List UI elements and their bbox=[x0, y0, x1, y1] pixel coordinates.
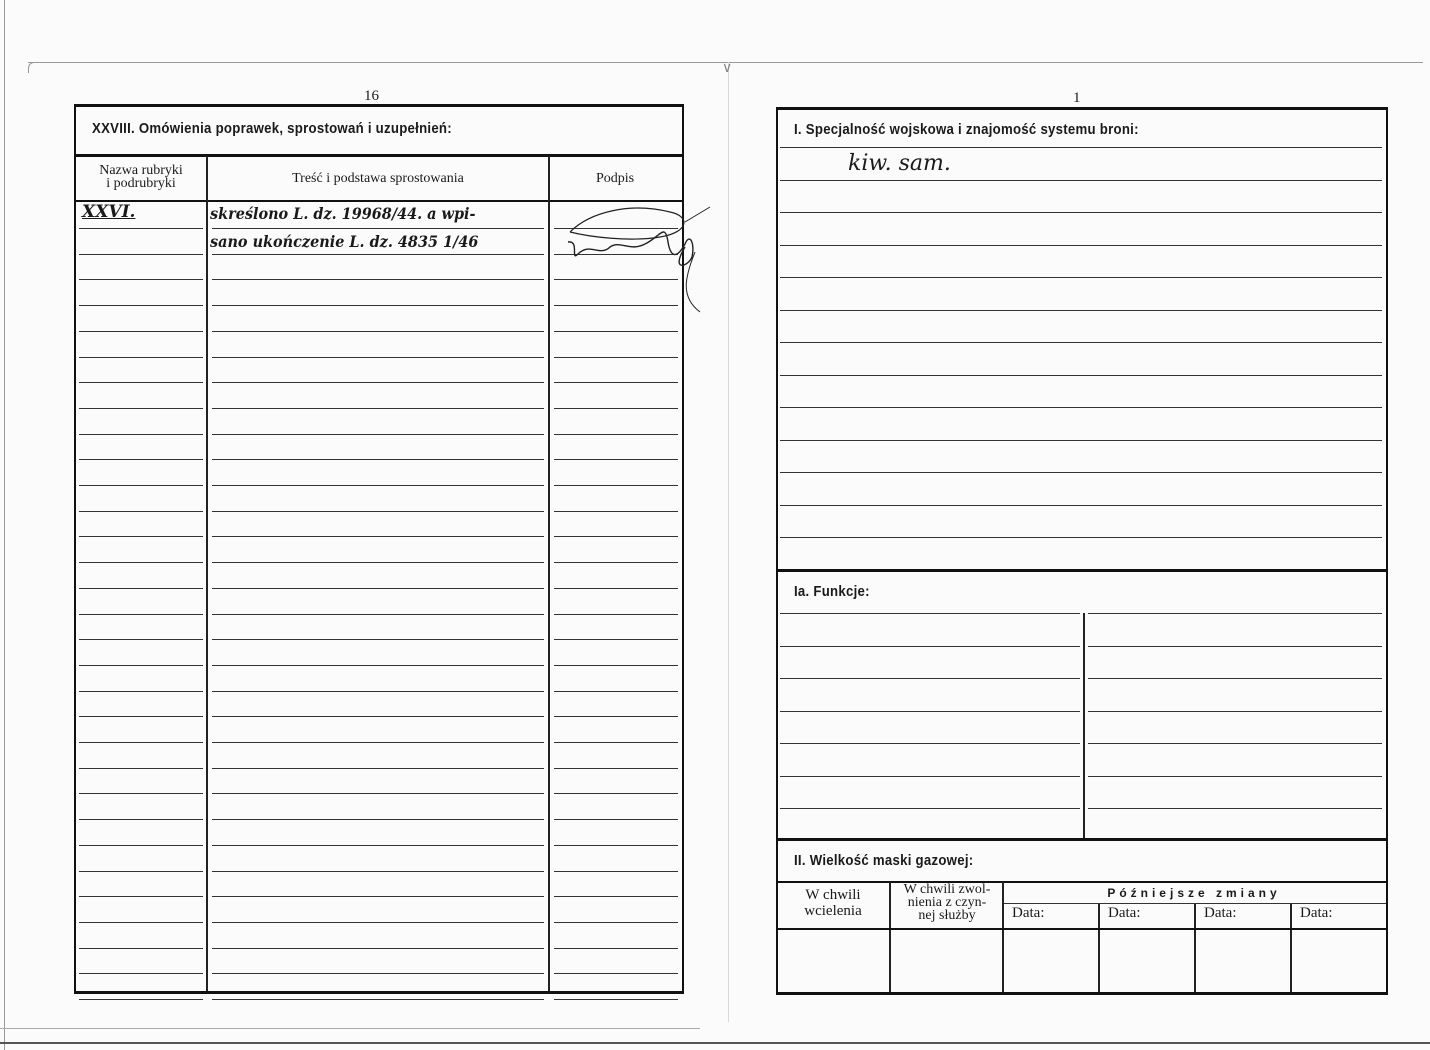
ruled-line bbox=[554, 819, 678, 820]
ruled-line bbox=[780, 646, 1080, 647]
ruled-line bbox=[554, 382, 678, 383]
ruled-line bbox=[554, 562, 678, 563]
ruled-line bbox=[1088, 743, 1382, 744]
ruled-line bbox=[79, 408, 203, 409]
page-corner bbox=[28, 62, 37, 73]
column-header-rubric-line2: i podrubryki bbox=[76, 177, 206, 190]
ruled-line bbox=[554, 639, 678, 640]
book-fold bbox=[728, 62, 729, 1022]
ruled-line bbox=[79, 845, 203, 846]
ruled-line bbox=[79, 485, 203, 486]
ruled-line bbox=[780, 245, 1382, 246]
ruled-line bbox=[79, 793, 203, 794]
entry-rubric: XXVI. bbox=[82, 202, 135, 222]
ruled-line bbox=[554, 459, 678, 460]
ruled-line bbox=[212, 357, 544, 358]
column-header-later-changes: Późniejsze zmiany bbox=[1004, 887, 1384, 900]
ruled-line bbox=[780, 613, 1080, 614]
ruled-line bbox=[554, 536, 678, 537]
ruled-line bbox=[79, 716, 203, 717]
ruled-line bbox=[554, 768, 678, 769]
section-ia-rule bbox=[778, 569, 1386, 572]
column-header-discharge: W chwili zwol- nienia z czyn- nej służby bbox=[891, 883, 1003, 922]
ruled-line bbox=[780, 472, 1382, 473]
ruled-line bbox=[554, 691, 678, 692]
column-header-content: Treść i podstawa sprostowania bbox=[208, 172, 548, 185]
ruled-line bbox=[79, 254, 203, 255]
ruled-line bbox=[79, 382, 203, 383]
ruled-line bbox=[212, 793, 544, 794]
ruled-line bbox=[79, 562, 203, 563]
bottom-rule bbox=[778, 992, 1386, 995]
ruled-line bbox=[212, 382, 544, 383]
section-title-i: I. Specjalność wojskowa i znajomość syst… bbox=[794, 121, 1139, 138]
ruled-line bbox=[554, 434, 678, 435]
ruled-line bbox=[212, 511, 544, 512]
ruled-line bbox=[780, 776, 1080, 777]
ruled-line bbox=[554, 793, 678, 794]
ruled-line bbox=[554, 408, 678, 409]
ruled-line bbox=[79, 922, 203, 923]
ruled-line bbox=[212, 871, 544, 872]
military-record-form: I. Specjalność wojskowa i znajomość syst… bbox=[776, 107, 1388, 995]
ruled-line bbox=[79, 871, 203, 872]
ruled-line bbox=[780, 743, 1080, 744]
ruled-line bbox=[212, 536, 544, 537]
ruled-line bbox=[554, 871, 678, 872]
ruled-line bbox=[212, 819, 544, 820]
signature-scribble bbox=[550, 182, 720, 322]
ruled-line bbox=[1088, 808, 1382, 809]
ruled-line bbox=[554, 948, 678, 949]
section-title-ia: Ia. Funkcje: bbox=[794, 583, 870, 600]
section-title-ii: II. Wielkość maski gazowej: bbox=[794, 852, 973, 869]
ruled-line bbox=[79, 973, 203, 974]
col1-line1: W chwili bbox=[778, 887, 888, 903]
ruled-line bbox=[79, 665, 203, 666]
date-label-4: Data: bbox=[1292, 907, 1394, 920]
ruled-line bbox=[79, 331, 203, 332]
ruled-line bbox=[554, 716, 678, 717]
ruled-line bbox=[212, 639, 544, 640]
ruled-line bbox=[79, 305, 203, 306]
ruled-line bbox=[212, 948, 544, 949]
entry-content-line2: sano ukończenie L. dz. 4835 1/46 bbox=[210, 232, 478, 251]
ruled-line bbox=[780, 505, 1382, 506]
ruled-line bbox=[212, 459, 544, 460]
ruled-line bbox=[212, 228, 544, 229]
section-title-xxviii: XXVIII. Omówienia poprawek, sprostowań i… bbox=[92, 120, 452, 137]
ruled-line bbox=[780, 342, 1382, 343]
ruled-line bbox=[780, 537, 1382, 538]
ruled-line bbox=[212, 305, 544, 306]
ruled-line bbox=[79, 228, 203, 229]
date-label-2: Data: bbox=[1100, 907, 1202, 920]
ruled-line bbox=[212, 562, 544, 563]
ruled-line bbox=[554, 896, 678, 897]
ruled-line bbox=[212, 896, 544, 897]
ruled-line bbox=[212, 768, 544, 769]
page-bottom-edge bbox=[0, 1028, 700, 1029]
column-header-rubric: Nazwa rubryki i podrubryki bbox=[76, 164, 206, 190]
entry-content-line1: skreślono L. dz. 19968/44. a wpi- bbox=[210, 204, 475, 223]
scan-bottom-edge bbox=[0, 1042, 1430, 1044]
ruled-line bbox=[212, 691, 544, 692]
ruled-line bbox=[780, 407, 1382, 408]
date-label-3: Data: bbox=[1196, 907, 1298, 920]
ruled-line bbox=[780, 212, 1382, 213]
date-label-1: Data: bbox=[1004, 907, 1106, 920]
ruled-line bbox=[79, 459, 203, 460]
col2-line3: nej służby bbox=[891, 909, 1003, 922]
fold-notch-icon: ∨ bbox=[722, 60, 732, 76]
ruled-line bbox=[79, 536, 203, 537]
ruled-line bbox=[554, 511, 678, 512]
ruled-line bbox=[79, 511, 203, 512]
column-header-enlistment: W chwili wcielenia bbox=[778, 887, 888, 919]
ruled-line bbox=[212, 588, 544, 589]
ruled-line bbox=[554, 922, 678, 923]
ruled-line bbox=[212, 973, 544, 974]
header-rule bbox=[76, 154, 682, 157]
ruled-line bbox=[554, 357, 678, 358]
ruled-line bbox=[554, 614, 678, 615]
ruled-line bbox=[79, 279, 203, 280]
gas-mask-header-rule bbox=[778, 928, 1386, 930]
ruled-line bbox=[1088, 646, 1382, 647]
ruled-line bbox=[780, 310, 1382, 311]
page-number-left: 16 bbox=[364, 88, 379, 105]
ruled-line bbox=[79, 819, 203, 820]
ruled-line bbox=[554, 485, 678, 486]
ruled-line bbox=[212, 614, 544, 615]
ruled-line bbox=[79, 639, 203, 640]
gas-mask-table-top bbox=[778, 881, 1386, 883]
ruled-line bbox=[554, 845, 678, 846]
ruled-line bbox=[554, 588, 678, 589]
ruled-line bbox=[554, 999, 678, 1000]
ruled-line bbox=[780, 147, 1382, 148]
ruled-line bbox=[212, 485, 544, 486]
ruled-line bbox=[212, 742, 544, 743]
ruled-line bbox=[212, 408, 544, 409]
col1-line2: wcielenia bbox=[778, 903, 888, 919]
ruled-line bbox=[554, 742, 678, 743]
ruled-line bbox=[212, 254, 544, 255]
top-rule bbox=[76, 104, 682, 107]
top-rule bbox=[778, 107, 1386, 110]
ruled-line bbox=[212, 331, 544, 332]
ruled-line bbox=[780, 277, 1382, 278]
ruled-line bbox=[780, 711, 1080, 712]
ruled-line bbox=[1088, 613, 1382, 614]
ruled-line bbox=[1088, 776, 1382, 777]
bottom-rule bbox=[76, 991, 682, 994]
ruled-line bbox=[780, 440, 1382, 441]
ruled-line bbox=[79, 742, 203, 743]
ruled-line bbox=[79, 357, 203, 358]
ruled-line bbox=[212, 434, 544, 435]
ruled-line bbox=[780, 180, 1382, 181]
ruled-line bbox=[554, 665, 678, 666]
functions-divider bbox=[1083, 613, 1085, 839]
column-divider-1 bbox=[206, 156, 208, 994]
specialty-entry: kiw. sam. bbox=[848, 151, 951, 176]
ruled-line bbox=[79, 999, 203, 1000]
ruled-line bbox=[780, 375, 1382, 376]
ruled-line bbox=[79, 691, 203, 692]
ruled-line bbox=[212, 279, 544, 280]
ruled-line bbox=[1088, 678, 1382, 679]
ruled-line bbox=[212, 999, 544, 1000]
ruled-line bbox=[79, 434, 203, 435]
ruled-line bbox=[79, 588, 203, 589]
ruled-line bbox=[554, 973, 678, 974]
ruled-line bbox=[79, 948, 203, 949]
page-number-right: 1 bbox=[1073, 90, 1081, 107]
ruled-line bbox=[780, 678, 1080, 679]
ruled-line bbox=[212, 922, 544, 923]
corrections-form: XXVIII. Omówienia poprawek, sprostowań i… bbox=[74, 104, 684, 994]
ruled-line bbox=[212, 845, 544, 846]
ruled-line bbox=[780, 808, 1080, 809]
ruled-line bbox=[554, 331, 678, 332]
ruled-line bbox=[79, 768, 203, 769]
ruled-line bbox=[79, 614, 203, 615]
ruled-line bbox=[212, 716, 544, 717]
ruled-line bbox=[1088, 711, 1382, 712]
section-ii-rule bbox=[778, 838, 1386, 841]
ruled-line bbox=[212, 665, 544, 666]
ruled-line bbox=[79, 896, 203, 897]
scan-edge bbox=[4, 0, 5, 1050]
